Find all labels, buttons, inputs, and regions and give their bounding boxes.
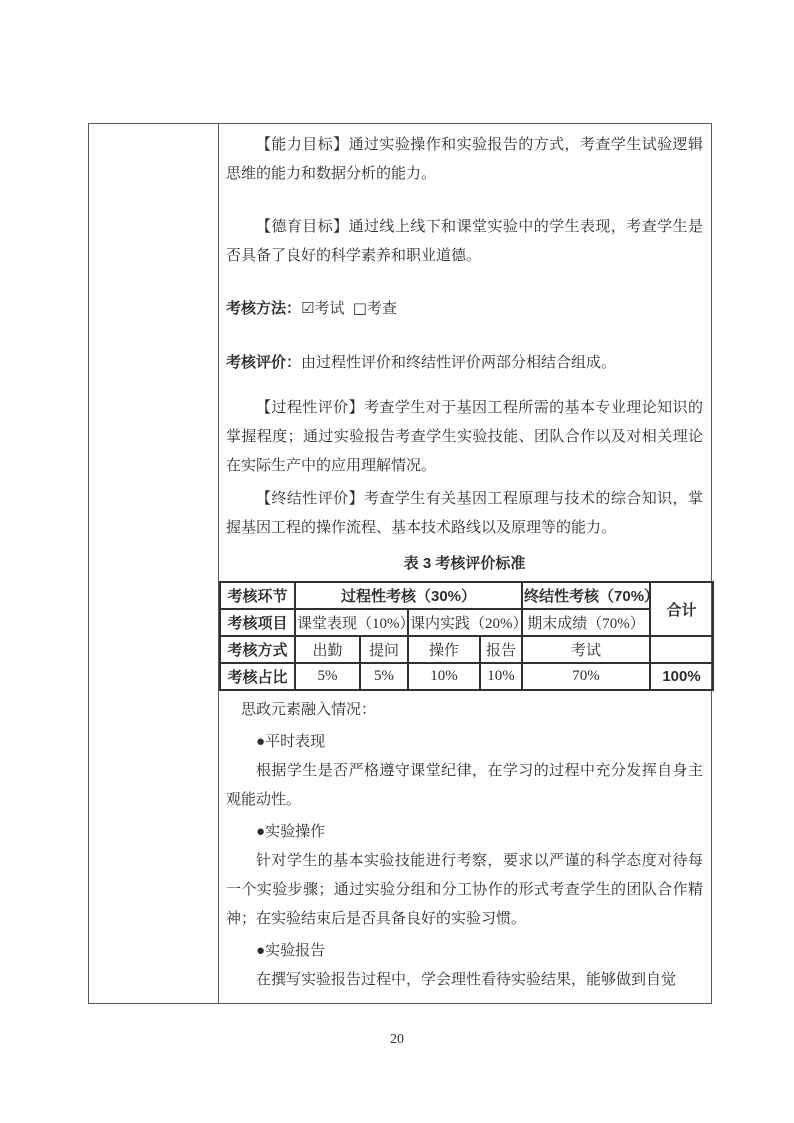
checkbox-unchecked-icon: □ [353, 299, 367, 317]
table-row: 考核占比 5% 5% 10% 10% 70% 100% [220, 663, 713, 690]
ideology-item-text: 在撰写实验报告过程中，学会理性看待实验结果，能够做到自觉 [226, 966, 703, 995]
assessment-evaluation-text: 由过程性评价和终结性评价两部分相结合组成。 [301, 355, 616, 371]
assessment-evaluation-line: 考核评价：由过程性评价和终结性评价两部分相结合组成。 [226, 348, 703, 378]
cell-attendance-pct: 5% [295, 663, 360, 690]
cell-stage-label: 考核环节 [220, 582, 295, 609]
ability-objective-paragraph: 【能力目标】通过实验操作和实验报告的方式，考查学生试验逻辑思维的能力和数据分析的… [226, 131, 703, 189]
cell-total-pct: 100% [650, 663, 713, 690]
review-option-label: 考查 [367, 301, 397, 317]
ideology-item-title: ●实验报告 [226, 937, 703, 966]
table-left-empty-cell [89, 124, 219, 1003]
process-evaluation-paragraph: 【过程性评价】考查学生对于基因工程所需的基本专业理论知识的掌握程度；通过实验报告… [226, 394, 703, 481]
cell-total-header: 合计 [650, 582, 713, 636]
cell-operation: 操作 [408, 636, 480, 663]
table-content-cell: 【能力目标】通过实验操作和实验报告的方式，考查学生试验逻辑思维的能力和数据分析的… [219, 124, 711, 1003]
ideology-item-title: ●平时表现 [226, 728, 703, 757]
table-row: 考核环节 过程性考核（30%） 终结性考核（70%） 合计 [220, 582, 713, 609]
course-outline-table: 【能力目标】通过实验操作和实验报告的方式，考查学生试验逻辑思维的能力和数据分析的… [88, 123, 712, 1004]
page-number: 20 [0, 1032, 794, 1048]
objectives-section: 【能力目标】通过实验操作和实验报告的方式，考查学生试验逻辑思维的能力和数据分析的… [219, 124, 711, 578]
bullet-icon: ● [256, 734, 265, 750]
assessment-evaluation-label: 考核评价： [226, 354, 301, 371]
table-row: 考核方式 出勤 提问 操作 报告 考试 [220, 636, 713, 663]
cell-proportion-label: 考核占比 [220, 663, 295, 690]
ideology-item-text: 根据学生是否严格遵守课堂纪律，在学习的过程中充分发挥自身主观能动性。 [226, 757, 703, 815]
cell-questioning: 提问 [360, 636, 408, 663]
cell-final-grade: 期末成绩（70%） [522, 609, 650, 636]
cell-summative-header: 终结性考核（70%） [522, 582, 650, 609]
cell-class-performance: 课堂表现（10%） [295, 609, 408, 636]
ideology-item-text: 针对学生的基本实验技能进行考察，要求以严谨的科学态度对待每一个实验步骤；通过实验… [226, 847, 703, 934]
bullet-icon: ● [256, 824, 265, 840]
ideology-item-title-text: 实验报告 [265, 943, 325, 959]
checkbox-checked-icon: ☑ [301, 299, 314, 317]
cell-empty [650, 636, 713, 663]
cell-process-header: 过程性考核（30%） [295, 582, 522, 609]
assessment-method-line: 考核方法：☑考试□考查 [226, 294, 703, 324]
assessment-method-label: 考核方法： [226, 300, 301, 317]
table-caption: 表 3 考核评价标准 [226, 549, 703, 578]
ideology-item-title-text: 实验操作 [265, 824, 325, 840]
summative-evaluation-paragraph: 【终结性评价】考查学生有关基因工程原理与技术的综合知识，掌握基因工程的操作流程、… [226, 485, 703, 543]
ideology-item-title-text: 平时表现 [265, 734, 325, 750]
bullet-icon: ● [256, 943, 265, 959]
exam-option-label: 考试 [314, 301, 344, 317]
ideology-heading: 思政元素融入情况： [226, 696, 703, 725]
assessment-criteria-table: 考核环节 过程性考核（30%） 终结性考核（70%） 合计 考核项目 课堂表现（… [219, 581, 714, 691]
cell-exam-pct: 70% [522, 663, 650, 690]
cell-item-label: 考核项目 [220, 609, 295, 636]
cell-operation-pct: 10% [408, 663, 480, 690]
cell-questioning-pct: 5% [360, 663, 408, 690]
ideology-section: 思政元素融入情况： ●平时表现 根据学生是否严格遵守课堂纪律，在学习的过程中充分… [219, 691, 711, 995]
cell-report-pct: 10% [480, 663, 522, 690]
ideology-item-title: ●实验操作 [226, 818, 703, 847]
table-row: 考核项目 课堂表现（10%） 课内实践（20%） 期末成绩（70%） [220, 609, 713, 636]
cell-attendance: 出勤 [295, 636, 360, 663]
cell-report: 报告 [480, 636, 522, 663]
document-page: 【能力目标】通过实验操作和实验报告的方式，考查学生试验逻辑思维的能力和数据分析的… [0, 0, 794, 1123]
cell-exam: 考试 [522, 636, 650, 663]
cell-mode-label: 考核方式 [220, 636, 295, 663]
cell-in-class-practice: 课内实践（20%） [408, 609, 522, 636]
moral-objective-paragraph: 【德育目标】通过线上线下和课堂实验中的学生表现，考查学生是否具备了良好的科学素养… [226, 213, 703, 271]
